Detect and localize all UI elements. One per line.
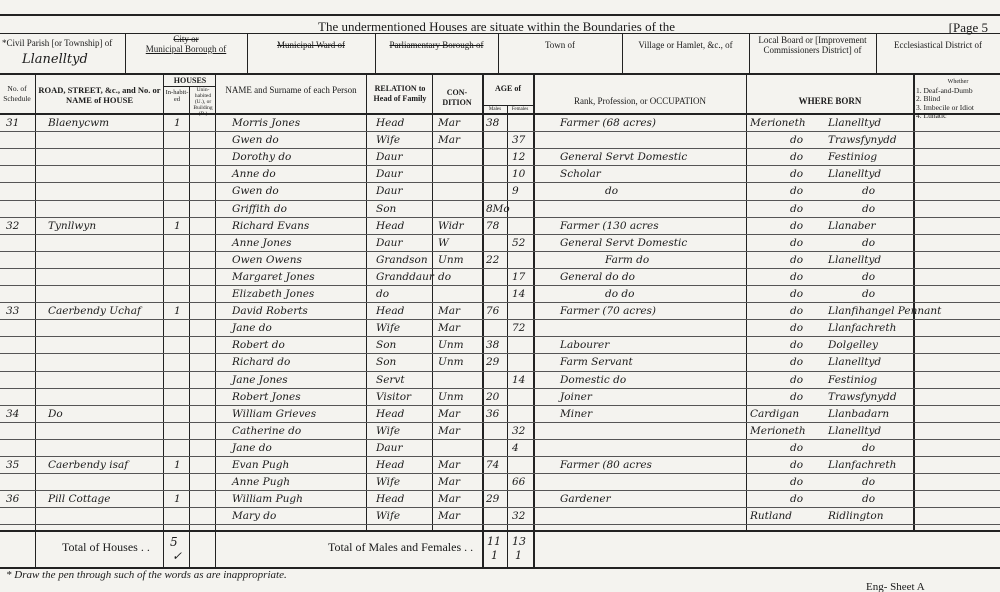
county-cell: do [790, 203, 803, 215]
parish-cell: Trawsfynydd [828, 134, 897, 146]
name-cell: Morris Jones [232, 117, 300, 129]
relation-cell: Daur [376, 185, 402, 197]
name-cell: Anne do [232, 168, 276, 180]
road-cell: Tynllwyn [48, 220, 96, 232]
village-label: Village or Hamlet, &c., of [624, 40, 747, 50]
relation-cell: Daur [376, 151, 402, 163]
parish-cell: Llanfihangel Pennant [828, 305, 941, 317]
row-rule [0, 456, 1000, 457]
occupation-cell: Gardener [560, 493, 611, 505]
county-cell: Merioneth [750, 425, 806, 437]
parliamentary-borough-label: Parliamentary Borough of [377, 40, 496, 50]
row-rule [0, 388, 1000, 389]
parish-cell: Llanelltyd [828, 168, 881, 180]
parish-cell: Llanelltyd [828, 425, 881, 437]
relation-cell: Head [376, 408, 404, 420]
town-label: Town of [500, 40, 620, 50]
occupation-cell: Joiner [560, 391, 592, 403]
name-cell: Anne Pugh [232, 476, 290, 488]
female-age-cell: 32 [512, 425, 525, 437]
relation-cell: do [376, 288, 389, 300]
condition-cell: Unm [438, 339, 464, 351]
relation-cell: Head [376, 305, 404, 317]
relation-cell: Wife [376, 322, 400, 334]
relation-cell: Servt [376, 374, 405, 386]
parish-cell: Llanfachreth [828, 459, 896, 471]
occupation-cell: General Servt Domestic [560, 237, 687, 249]
row-rule [0, 182, 1000, 183]
relation-cell: Wife [376, 476, 400, 488]
relation-cell: Head [376, 220, 404, 232]
condition-cell: Unm [438, 356, 464, 368]
row-rule [0, 405, 1000, 406]
road-cell: Pill Cottage [48, 493, 110, 505]
parish-cell: Llanelltyd [828, 117, 881, 129]
civil-parish-label: *Civil Parish [or Township] of [2, 38, 122, 48]
total-persons-label: Total of Males and Females . . [328, 540, 473, 555]
county-cell: do [790, 237, 803, 249]
name-cell: Evan Pugh [232, 459, 289, 471]
col-schedule: No. of Schedule [0, 84, 34, 104]
col-age: AGE of [483, 84, 533, 94]
col-inhabited: In-habit-ed [164, 89, 190, 103]
county-cell: do [790, 459, 803, 471]
col-where-born: WHERE BORN [748, 96, 912, 106]
civil-parish-value: Llanelltyd [22, 52, 88, 67]
municipal-ward-label: Municipal Ward of [249, 40, 373, 50]
row-rule [0, 148, 1000, 149]
inhabited-cell: 1 [174, 220, 181, 232]
female-age-cell: 72 [512, 322, 525, 334]
occupation-cell: Domestic do [560, 374, 626, 386]
name-cell: Margaret Jones [232, 271, 315, 283]
name-cell: Richard Evans [232, 220, 309, 232]
municipal-borough-label: City or Municipal Borough of [127, 34, 245, 54]
county-cell: do [790, 305, 803, 317]
parish-cell: Llanaber [828, 220, 876, 232]
col-occupation: Rank, Profession, or OCCUPATION [535, 96, 745, 106]
relation-cell: Visitor [376, 391, 411, 403]
condition-cell: Unm [438, 254, 464, 266]
female-age-cell: 37 [512, 134, 525, 146]
male-age-cell: 74 [486, 459, 499, 471]
total-males: 11 [487, 535, 501, 548]
occupation-cell: Farmer (68 acres) [560, 117, 656, 129]
name-cell: Elizabeth Jones [232, 288, 314, 300]
col-relation: RELATION to Head of Family [368, 84, 432, 104]
male-age-cell: 78 [486, 220, 499, 232]
relation-cell: Wife [376, 510, 400, 522]
road-cell: Caerbendy Uchaf [48, 305, 141, 317]
county-cell: do [790, 134, 803, 146]
parish-cell: do [862, 288, 875, 300]
occupation-cell: General Servt Domestic [560, 151, 687, 163]
county-cell: do [790, 322, 803, 334]
inhabited-cell: 1 [174, 493, 181, 505]
occupation-cell: Miner [560, 408, 592, 420]
occupation-cell: Farm Servant [560, 356, 633, 368]
occupation-cell: Farmer (80 acres [560, 459, 652, 471]
female-age-cell: 52 [512, 237, 525, 249]
parish-cell: do [862, 203, 875, 215]
local-board-label: Local Board or [Improvement Commissioner… [751, 35, 874, 55]
condition-cell: Mar [438, 476, 460, 488]
col-whether: Whether 1. Deaf-and-Dumb 2. Blind 3. Imb… [916, 78, 1000, 121]
occupation-cell: General do do [560, 271, 635, 283]
male-age-cell: 38 [486, 117, 499, 129]
relation-cell: Daur [376, 168, 402, 180]
female-age-cell: 4 [512, 442, 519, 454]
male-age-cell: 36 [486, 408, 499, 420]
parish-cell: Festiniog [828, 151, 877, 163]
schedule-cell: 31 [6, 117, 19, 129]
name-cell: Gwen do [232, 134, 279, 146]
parish-cell: Festiniog [828, 374, 877, 386]
ecclesiastical-label: Ecclesiastical District of [878, 40, 998, 50]
male-age-cell: 22 [486, 254, 499, 266]
county-cell: do [790, 185, 803, 197]
inhabited-cell: 1 [174, 305, 181, 317]
schedule-cell: 34 [6, 408, 19, 420]
occupation-cell: Labourer [560, 339, 609, 351]
schedule-cell: 33 [6, 305, 19, 317]
parish-cell: do [862, 493, 875, 505]
occupation-cell: do [605, 185, 618, 197]
male-age-cell: 76 [486, 305, 499, 317]
total-houses-check: ✓ [172, 549, 182, 563]
row-rule [0, 165, 1000, 166]
male-age-cell: 29 [486, 493, 499, 505]
total-females-sub: 1 [515, 549, 522, 562]
row-rule [0, 200, 1000, 201]
name-cell: Mary do [232, 510, 276, 522]
relation-cell: Wife [376, 134, 400, 146]
parish-cell: do [862, 185, 875, 197]
total-males-sub: 1 [491, 549, 498, 562]
county-cell: do [790, 288, 803, 300]
col-road: ROAD, STREET, &c., and No. or NAME of HO… [37, 85, 162, 105]
county-cell: Rutland [750, 510, 792, 522]
condition-cell: Mar [438, 117, 460, 129]
schedule-cell: 32 [6, 220, 19, 232]
row-rule [0, 234, 1000, 235]
col-males: Males [483, 107, 507, 113]
parish-cell: Ridlington [828, 510, 884, 522]
condition-cell: do [438, 271, 451, 283]
parish-cell: Dolgelley [828, 339, 878, 351]
name-cell: Dorothy do [232, 151, 291, 163]
condition-cell: Mar [438, 510, 460, 522]
male-age-cell: 38 [486, 339, 499, 351]
row-rule [0, 319, 1000, 320]
row-rule [0, 251, 1000, 252]
total-houses-value: 5 [170, 535, 178, 549]
col-houses: HOUSES [164, 76, 216, 86]
name-cell: Griffith do [232, 203, 287, 215]
road-cell: Blaenycwm [48, 117, 109, 129]
row-rule [0, 371, 1000, 372]
parish-cell: Trawsfynydd [828, 391, 897, 403]
relation-cell: Daur [376, 237, 402, 249]
occupation-cell: Scholar [560, 168, 601, 180]
parish-cell: Llanfachreth [828, 322, 896, 334]
condition-cell: W [438, 237, 449, 249]
row-rule [0, 336, 1000, 337]
name-cell: Owen Owens [232, 254, 302, 266]
parish-cell: do [862, 271, 875, 283]
top-rule [0, 14, 1000, 16]
county-cell: do [790, 339, 803, 351]
schedule-cell: 35 [6, 459, 19, 471]
female-age-cell: 10 [512, 168, 525, 180]
county-cell: Merioneth [750, 117, 806, 129]
occupation-cell: Farmer (70 acres) [560, 305, 656, 317]
condition-cell: Mar [438, 305, 460, 317]
name-cell: Jane do [232, 442, 272, 454]
parish-cell: Llanelltyd [828, 356, 881, 368]
road-cell: Caerbendy isaf [48, 459, 128, 471]
schedule-cell: 36 [6, 493, 19, 505]
relation-cell: Head [376, 459, 404, 471]
parish-cell: do [862, 237, 875, 249]
relation-cell: Head [376, 117, 404, 129]
relation-cell: Grandson [376, 254, 428, 266]
county-cell: do [790, 151, 803, 163]
name-cell: Richard do [232, 356, 290, 368]
relation-cell: Son [376, 339, 396, 351]
male-age-cell: 8Mo [486, 203, 510, 215]
row-rule [0, 524, 1000, 525]
relation-cell: Granddaur [376, 271, 434, 283]
total-females: 13 [512, 535, 526, 548]
parish-cell: do [862, 476, 875, 488]
row-rule [0, 507, 1000, 508]
male-age-cell: 29 [486, 356, 499, 368]
name-cell: William Pugh [232, 493, 303, 505]
county-cell: do [790, 442, 803, 454]
name-cell: Jane do [232, 322, 272, 334]
female-age-cell: 12 [512, 151, 525, 163]
occupation-cell: Farm do [605, 254, 649, 266]
parish-cell: Llanelltyd [828, 254, 881, 266]
row-rule [0, 422, 1000, 423]
name-cell: Robert do [232, 339, 285, 351]
row-rule [0, 302, 1000, 303]
female-age-cell: 17 [512, 271, 525, 283]
name-cell: Anne Jones [232, 237, 292, 249]
female-age-cell: 14 [512, 374, 525, 386]
row-rule [0, 285, 1000, 286]
county-cell: do [790, 168, 803, 180]
col-females: Females [507, 107, 533, 113]
row-rule [0, 439, 1000, 440]
condition-cell: Mar [438, 322, 460, 334]
condition-cell: Mar [438, 493, 460, 505]
name-cell: Robert Jones [232, 391, 301, 403]
col-uninhabited: Unin-habited (U.), or Building (B.) [190, 87, 216, 117]
female-age-cell: 14 [512, 288, 525, 300]
county-cell: do [790, 254, 803, 266]
county-cell: Cardigan [750, 408, 799, 420]
row-rule [0, 268, 1000, 269]
total-houses-label: Total of Houses . . [62, 540, 150, 555]
county-cell: do [790, 493, 803, 505]
name-cell: Catherine do [232, 425, 301, 437]
condition-cell: Mar [438, 408, 460, 420]
row-rule [0, 473, 1000, 474]
row-rule [0, 490, 1000, 491]
female-age-cell: 32 [512, 510, 525, 522]
female-age-cell: 9 [512, 185, 519, 197]
name-cell: Jane Jones [232, 374, 288, 386]
county-cell: do [790, 391, 803, 403]
row-rule [0, 217, 1000, 218]
col-condition: CON-DITION [433, 88, 481, 108]
road-cell: Do [48, 408, 63, 420]
footnote: * Draw the pen through such of the words… [6, 569, 287, 581]
row-rule [0, 353, 1000, 354]
relation-cell: Son [376, 203, 396, 215]
name-cell: William Grieves [232, 408, 316, 420]
row-rule [0, 131, 1000, 132]
condition-cell: Mar [438, 134, 460, 146]
inhabited-cell: 1 [174, 459, 181, 471]
county-cell: do [790, 271, 803, 283]
condition-cell: Mar [438, 459, 460, 471]
occupation-cell: do do [605, 288, 634, 300]
county-cell: do [790, 374, 803, 386]
name-cell: Gwen do [232, 185, 279, 197]
occupation-cell: Farmer (130 acres [560, 220, 659, 232]
male-age-cell: 20 [486, 391, 499, 403]
sheet-label: Eng- Sheet A [866, 581, 925, 592]
relation-cell: Son [376, 356, 396, 368]
condition-cell: Widr [438, 220, 464, 232]
parish-cell: Llanbadarn [828, 408, 889, 420]
relation-cell: Wife [376, 425, 400, 437]
parish-cell: do [862, 442, 875, 454]
county-cell: do [790, 356, 803, 368]
condition-cell: Unm [438, 391, 464, 403]
col-name: NAME and Surname of each Person [216, 85, 366, 95]
condition-cell: Mar [438, 425, 460, 437]
relation-cell: Daur [376, 442, 402, 454]
name-cell: David Roberts [232, 305, 308, 317]
relation-cell: Head [376, 493, 404, 505]
female-age-cell: 66 [512, 476, 525, 488]
county-cell: do [790, 220, 803, 232]
inhabited-cell: 1 [174, 117, 181, 129]
county-cell: do [790, 476, 803, 488]
